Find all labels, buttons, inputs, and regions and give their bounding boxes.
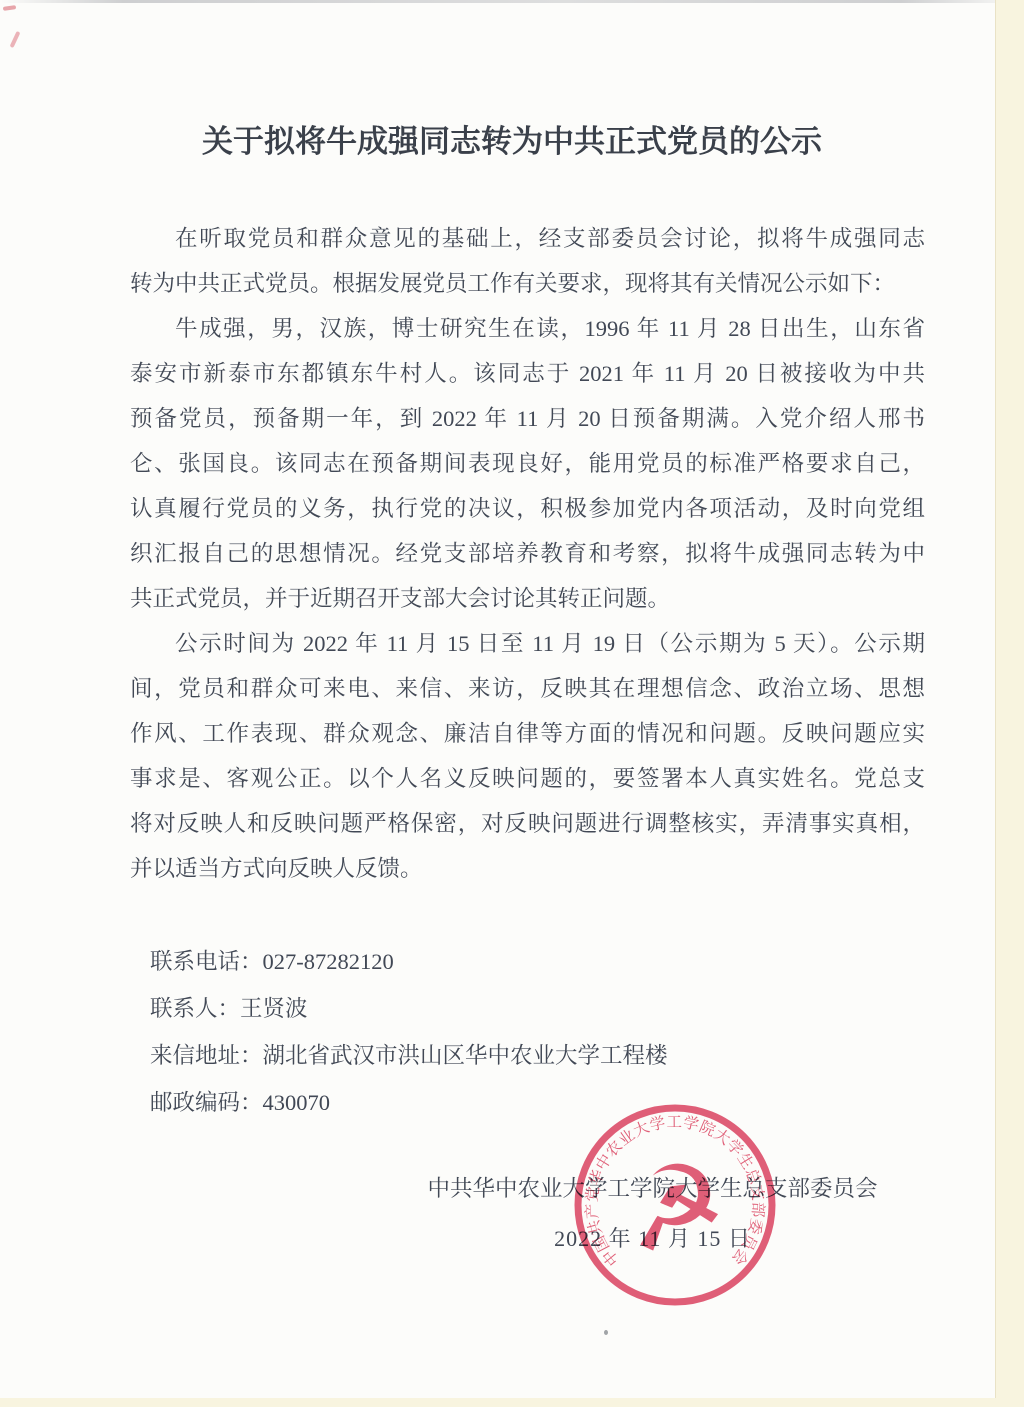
body-line: 并以适当方式向反映人反馈。	[130, 846, 925, 891]
scan-edge-shadow	[0, 0, 1024, 3]
official-seal-stamp: ☭ 中国共产党华中农业大学工学院大学生总支部委员会	[568, 1098, 782, 1312]
contact-phone: 联系电话：027-87282120	[150, 938, 668, 985]
body-line: 事求是、客观公正。以个人名义反映问题的，要签署本人真实姓名。党总支	[130, 756, 925, 801]
contact-person: 联系人：王贤波	[150, 985, 668, 1032]
red-ink-smudge	[10, 31, 21, 48]
scanned-notice-page: 关于拟将牛成强同志转为中共正式党员的公示 在听取党员和群众意见的基础上，经支部委…	[0, 0, 1024, 1407]
hammer-sickle-icon: ☭	[615, 1135, 736, 1280]
scan-speck	[604, 1330, 608, 1335]
body-line: 在听取党员和群众意见的基础上，经支部委员会讨论，拟将牛成强同志	[130, 216, 925, 261]
body-line: 作风、工作表现、群众观念、廉洁自律等方面的情况和问题。反映问题应实	[130, 711, 925, 756]
contact-address: 来信地址：湖北省武汉市洪山区华中农业大学工程楼	[150, 1032, 668, 1079]
body-line: 认真履行党员的义务，执行党的决议，积极参加党内各项活动，及时向党组	[130, 486, 925, 531]
body-line: 泰安市新泰市东都镇东牛村人。该同志于 2021 年 11 月 20 日被接收为中…	[130, 351, 925, 396]
body-line: 公示时间为 2022 年 11 月 15 日至 11 月 19 日（公示期为 5…	[130, 621, 925, 666]
body-line: 牛成强，男，汉族，博士研究生在读，1996 年 11 月 28 日出生，山东省	[130, 306, 925, 351]
body-line: 预备党员，预备期一年，到 2022 年 11 月 20 日预备期满。入党介绍人邢…	[130, 396, 925, 441]
body-line: 间，党员和群众可来电、来信、来访，反映其在理想信念、政治立场、思想	[130, 666, 925, 711]
paper-edge-right	[995, 0, 1024, 1407]
red-ink-smudge	[3, 5, 16, 11]
paper-edge-bottom	[0, 1398, 1024, 1407]
body-line: 共正式党员，并于近期召开支部大会讨论其转正问题。	[130, 576, 925, 621]
body-line: 仑、张国良。该同志在预备期间表现良好，能用党员的标准严格要求自己，	[130, 441, 925, 486]
body-line: 将对反映人和反映问题严格保密，对反映问题进行调整核实，弄清事实真相，	[130, 801, 925, 846]
body-line: 转为中共正式党员。根据发展党员工作有关要求，现将其有关情况公示如下：	[130, 261, 925, 306]
body-line: 织汇报自己的思想情况。经党支部培养教育和考察，拟将牛成强同志转为中	[130, 531, 925, 576]
notice-title: 关于拟将牛成强同志转为中共正式党员的公示	[0, 116, 1024, 161]
notice-body: 在听取党员和群众意见的基础上，经支部委员会讨论，拟将牛成强同志 转为中共正式党员…	[130, 216, 925, 891]
